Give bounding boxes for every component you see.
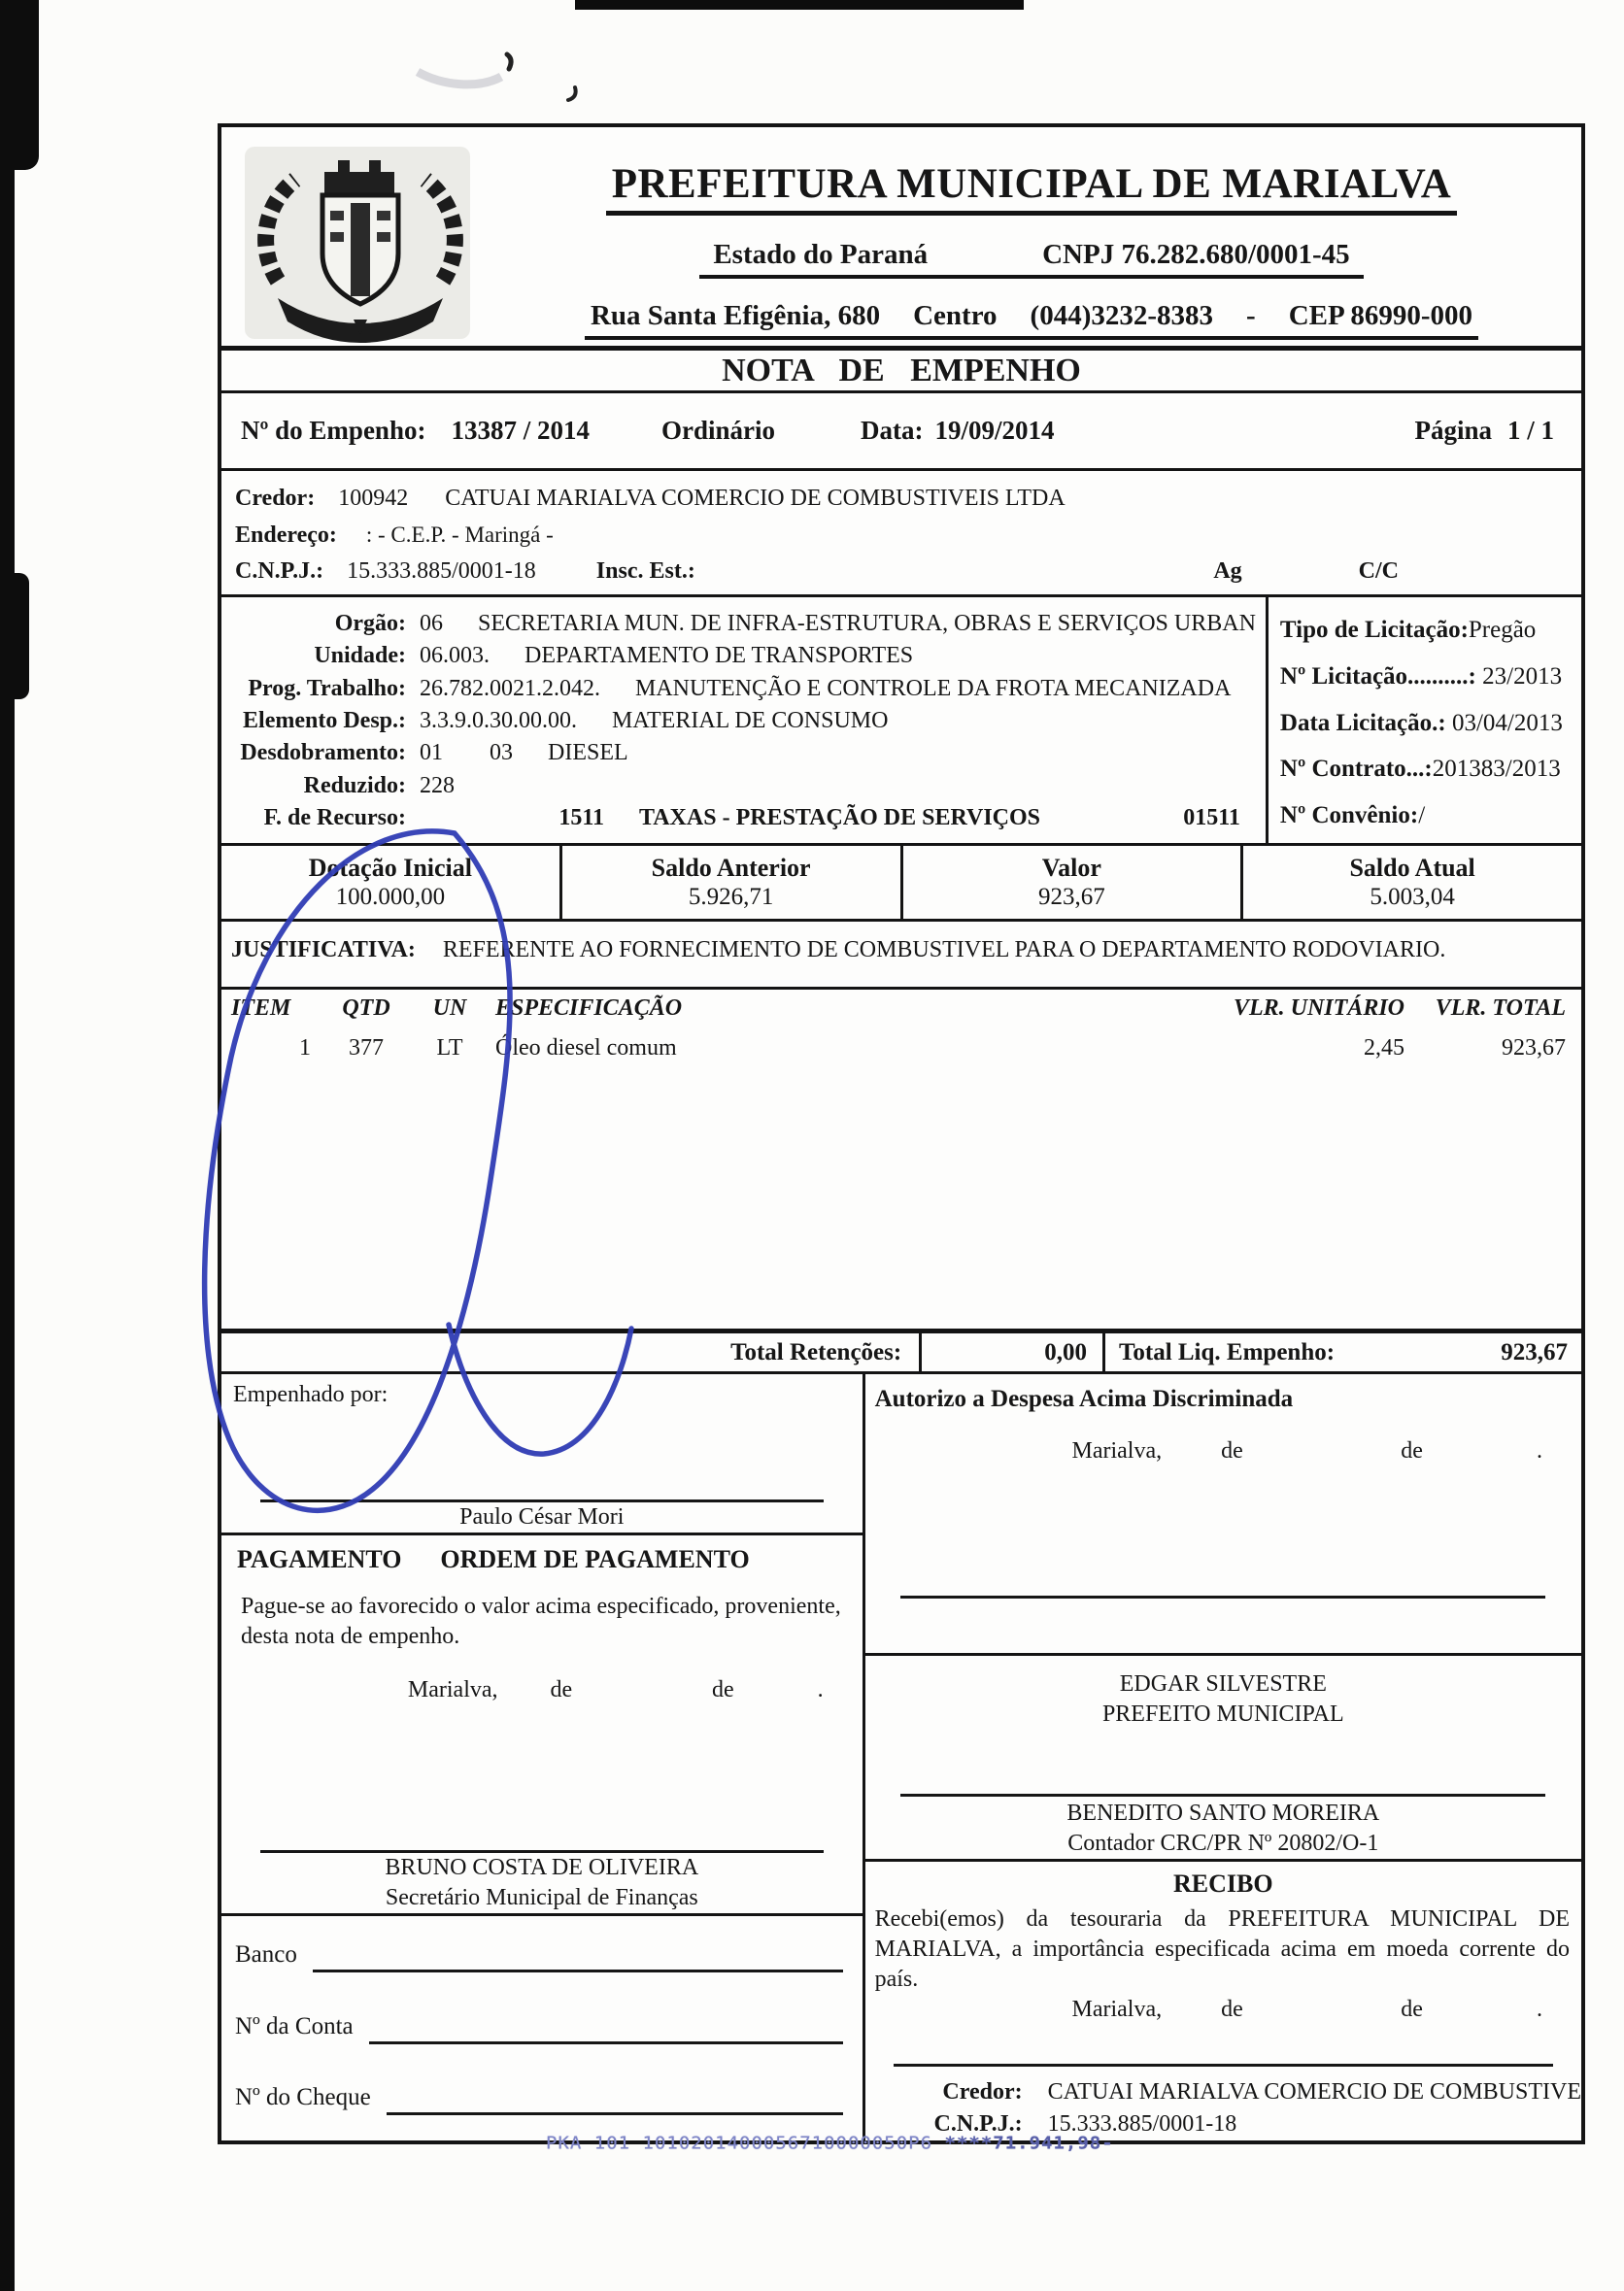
- org-district: Centro: [913, 300, 997, 332]
- separator-dash: -: [1246, 300, 1256, 332]
- address-label: Endereço:: [235, 518, 337, 554]
- item-total-price: 923,67: [1404, 1035, 1568, 1061]
- finance-secretary-role: Secretário Municipal de Finanças: [221, 1883, 863, 1913]
- authorization-title: Autorizo a Despesa Acima Discriminada: [865, 1386, 1581, 1413]
- authorization-box: Autorizo a Despesa Acima Discriminada Ma…: [865, 1374, 1581, 1656]
- balance-saldo-atual: Saldo Atual 5.003,04: [1240, 846, 1581, 919]
- item-description: Óleo diesel comum: [491, 1035, 1230, 1061]
- org-phone: (044)3232-8383: [1031, 300, 1213, 332]
- justification-row: JUSTIFICATIVA: REFERENTE AO FORNECIMENTO…: [221, 922, 1581, 990]
- cnpj-label: C.N.P.J.:: [235, 554, 323, 590]
- accountant-name: BENEDITO SANTO MOREIRA: [865, 1799, 1581, 1829]
- total-liq-value: 923,67: [1501, 1339, 1581, 1366]
- account-number-label: Nº da Conta: [235, 2013, 354, 2040]
- empenho-number-label: Nº do Empenho:: [241, 416, 425, 446]
- account-blank-line: [369, 2041, 843, 2044]
- cheque-blank-line: [387, 2112, 843, 2115]
- budget-row-unidade: Unidade: 06.003. DEPARTAMENTO DE TRANSPO…: [221, 643, 1256, 669]
- col-qtd: QTD: [324, 995, 408, 1022]
- signature-area: Empenhado por: Paulo César Mori PAGAMENT…: [221, 1374, 1581, 2140]
- bid-date-value: 03/04/2013: [1452, 710, 1563, 736]
- ink-speck-1: [507, 54, 511, 69]
- creditor-name: CATUAI MARIALVA COMERCIO DE COMBUSTIVEIS…: [445, 481, 1066, 517]
- cnpj-value: 15.333.885/0001-18: [347, 554, 536, 590]
- bank-label: Banco: [235, 1941, 297, 1969]
- org-state: Estado do Paraná: [713, 239, 928, 271]
- pagamento-label: PAGAMENTO: [237, 1545, 401, 1574]
- empenhado-signer-name: Paulo César Mori: [221, 1502, 863, 1533]
- item-unit: LT: [408, 1035, 491, 1061]
- bank-details-box: Banco Nº da Conta Nº do Cheque: [221, 1916, 863, 2140]
- receipt-title: RECIBO: [865, 1870, 1581, 1899]
- scanner-edge-nub: [0, 573, 29, 699]
- org-subtitle-line: Estado do Paraná CNPJ 76.282.680/0001-45: [699, 239, 1363, 279]
- budget-row-desdobramento: Desdobramento: 01 03 DIESEL: [221, 740, 1256, 766]
- balance-valor: Valor 923,67: [900, 846, 1241, 919]
- account-field: Nº da Conta: [235, 2013, 843, 2040]
- total-liq-label: Total Liq. Empenho:: [1105, 1339, 1335, 1366]
- mayor-box: EDGAR SILVESTRE PREFEITO MUNICIPAL BENED…: [865, 1656, 1581, 1862]
- accountant-role: Contador CRC/PR Nº 20802/O-1: [865, 1829, 1581, 1859]
- coat-of-arms-graphic: [239, 135, 482, 351]
- bid-type-label: Tipo de Licitação:: [1280, 617, 1469, 643]
- item-quantity: 377: [324, 1035, 408, 1061]
- account-label: C/C: [1359, 554, 1399, 590]
- balance-saldo-anterior: Saldo Anterior 5.926,71: [559, 846, 900, 919]
- contract-number-label: Nº Contrato...:: [1280, 756, 1433, 782]
- org-street: Rua Santa Efigênia, 680: [591, 300, 880, 332]
- page-value: 1 / 1: [1507, 416, 1554, 446]
- date-label: Data:: [861, 416, 923, 446]
- bid-type-value: Pregão: [1469, 617, 1536, 643]
- empenho-number: 13387 / 2014: [451, 416, 590, 446]
- address-value: : - C.E.P. - Maringá -: [366, 517, 554, 553]
- items-table: ITEM QTD UN ESPECIFICAÇÃO VLR. UNITÁRIO …: [221, 990, 1581, 1331]
- payment-order-box: PAGAMENTO ORDEM DE PAGAMENTO Pague-se ao…: [221, 1535, 863, 1916]
- empenho-number-row: Nº do Empenho: 13387 / 2014 Ordinário Da…: [221, 393, 1581, 471]
- totals-row: Total Retenções: 0,00 Total Liq. Empenho…: [221, 1331, 1581, 1374]
- nota-de-empenho-form: PREFEITURA MUNICIPAL DE MARIALVA Estado …: [218, 123, 1585, 2144]
- bid-date-label: Data Licitação.:: [1280, 710, 1446, 736]
- state-registration-label: Insc. Est.:: [596, 554, 695, 590]
- org-cnpj: CNPJ 76.282.680/0001-45: [1042, 239, 1350, 271]
- empenhado-box: Empenhado por: Paulo César Mori: [221, 1374, 863, 1535]
- city-date-line-pagamento: Marialva, de de .: [221, 1677, 863, 1703]
- agreement-number-value: /: [1418, 802, 1425, 828]
- item-row: 1 377 LT Óleo diesel comum 2,45 923,67: [231, 1035, 1568, 1061]
- scanned-page: PREFEITURA MUNICIPAL DE MARIALVA Estado …: [0, 0, 1624, 2291]
- ink-speck-2: [568, 87, 576, 100]
- balance-row: Dotação Inicial 100.000,00 Saldo Anterio…: [221, 846, 1581, 922]
- item-number: 1: [231, 1035, 324, 1061]
- org-address-line: Rua Santa Efigênia, 680 Centro (044)3232…: [585, 300, 1478, 340]
- org-name: PREFEITURA MUNICIPAL DE MARIALVA: [606, 160, 1458, 216]
- signature-line-receipt: [894, 2064, 1552, 2067]
- creditor-code: 100942: [338, 481, 408, 517]
- budget-row-elemento: Elemento Desp.: 3.3.9.0.30.00.00. MATERI…: [221, 708, 1256, 734]
- cheque-field: Nº do Cheque: [235, 2084, 843, 2111]
- mayor-role: PREFEITO MUNICIPAL: [865, 1700, 1581, 1730]
- bank-blank-line: [313, 1970, 843, 1972]
- creditor-label: Credor:: [235, 481, 315, 517]
- items-header-row: ITEM QTD UN ESPECIFICAÇÃO VLR. UNITÁRIO …: [231, 995, 1568, 1022]
- document-title: NOTA DE EMPENHO: [221, 349, 1581, 393]
- ordem-pagamento-text: Pague-se ao favorecido o valor acima esp…: [221, 1574, 863, 1652]
- col-item: ITEM: [231, 995, 324, 1022]
- municipal-coat-of-arms: [239, 135, 491, 342]
- item-unit-price: 2,45: [1230, 1035, 1404, 1061]
- budget-row-fonte-recurso: F. de Recurso: 1511 TAXAS - PRESTAÇÃO DE…: [221, 805, 1256, 831]
- col-un: UN: [408, 995, 491, 1022]
- receipt-text: Recebi(emos) da tesouraria da PREFEITURA…: [865, 1899, 1581, 1995]
- page-label: Página: [1414, 416, 1492, 446]
- scanner-edge-left: [0, 0, 15, 2291]
- creditor-block: Credor: 100942 CATUAI MARIALVA COMERCIO …: [221, 471, 1581, 597]
- bid-number-label: Nº Licitação..........:: [1280, 663, 1476, 690]
- date-value: 19/09/2014: [934, 416, 1054, 446]
- justification-label: JUSTIFICATIVA:: [231, 937, 416, 962]
- agreement-number-label: Nº Convênio:: [1280, 802, 1418, 828]
- receipt-box: RECIBO Recebi(emos) da tesouraria da PRE…: [865, 1862, 1581, 2140]
- budget-rows: Orgão: 06 SECRETARIA MUN. DE INFRA-ESTRU…: [221, 597, 1266, 843]
- budget-row-prog-trabalho: Prog. Trabalho: 26.782.0021.2.042. MANUT…: [221, 676, 1256, 702]
- receipt-creditor-name: CATUAI MARIALVA COMERCIO DE COMBUSTIVE: [1048, 2076, 1581, 2108]
- city-date-line-autorizo: Marialva, de de .: [865, 1438, 1581, 1465]
- bank-field: Banco: [235, 1941, 843, 1969]
- scanner-edge-top-left: [0, 0, 39, 170]
- budget-classification-section: Orgão: 06 SECRETARIA MUN. DE INFRA-ESTRU…: [221, 597, 1581, 846]
- bidding-info-panel: Tipo de Licitação:Pregão Nº Licitação...…: [1266, 597, 1619, 843]
- agency-label: Ag: [1213, 554, 1241, 590]
- org-cep: CEP 86990-000: [1289, 300, 1472, 332]
- empenho-kind: Ordinário: [661, 416, 775, 446]
- dot-matrix-validation-stamp: PKA 101 1010201400056710000050P6 ****71.…: [546, 2134, 1114, 2154]
- signature-line-authorization: [900, 1596, 1545, 1599]
- justification-text: REFERENTE AO FORNECIMENTO DE COMBUSTIVEL…: [443, 937, 1446, 962]
- col-vlr-unitario: VLR. UNITÁRIO: [1230, 995, 1404, 1022]
- ordem-pagamento-title: ORDEM DE PAGAMENTO: [401, 1545, 788, 1574]
- pencil-smudge: [418, 72, 501, 84]
- budget-row-reduzido: Reduzido: 228: [221, 773, 1256, 799]
- col-especificacao: ESPECIFICAÇÃO: [491, 995, 1230, 1022]
- receipt-creditor-label: Credor:: [908, 2076, 1023, 2108]
- contract-number-value: 201383/2013: [1433, 756, 1561, 782]
- finance-secretary-name: BRUNO COSTA DE OLIVEIRA: [221, 1853, 863, 1883]
- bid-number-value: 23/2013: [1482, 663, 1562, 690]
- cheque-number-label: Nº do Cheque: [235, 2084, 371, 2111]
- scanner-edge-top: [575, 0, 1024, 10]
- signature-line-accountant: [900, 1794, 1545, 1797]
- balance-dotacao-inicial: Dotação Inicial 100.000,00: [221, 846, 559, 919]
- city-date-line-recibo: Marialva, de de .: [865, 1997, 1581, 2023]
- total-retencoes-value: 0,00: [919, 1333, 1105, 1371]
- total-retencoes-label: Total Retenções:: [221, 1339, 919, 1366]
- empenhado-label: Empenhado por:: [221, 1382, 863, 1408]
- receipt-creditor-line: Credor: CATUAI MARIALVA COMERCIO DE COMB…: [865, 2076, 1581, 2108]
- document-header: PREFEITURA MUNICIPAL DE MARIALVA Estado …: [221, 127, 1581, 349]
- budget-row-orgao: Orgão: 06 SECRETARIA MUN. DE INFRA-ESTRU…: [221, 611, 1256, 637]
- mayor-name: EDGAR SILVESTRE: [865, 1669, 1581, 1700]
- col-vlr-total: VLR. TOTAL: [1404, 995, 1568, 1022]
